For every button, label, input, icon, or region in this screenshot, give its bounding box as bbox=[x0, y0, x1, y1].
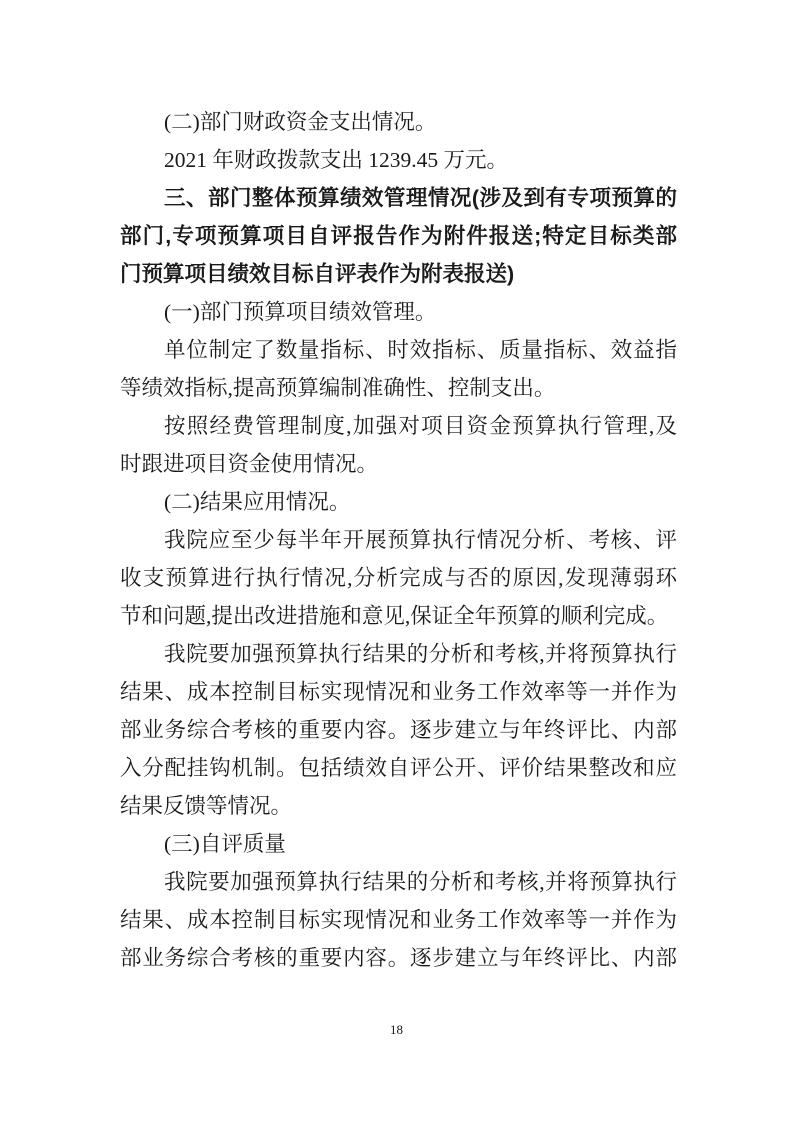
subsection-title-line: (一)部门预算项目绩效管理。 bbox=[120, 293, 677, 331]
body-text-line: 收支预算进行执行情况,分析完成与否的原因,发现薄弱环 bbox=[120, 559, 677, 597]
body-text-line: 部业务综合考核的重要内容。逐步建立与年终评比、内部收 bbox=[120, 939, 677, 977]
body-text-line: 我院应至少每半年开展预算执行情况分析、考核、评价 bbox=[120, 521, 677, 559]
body-text-line: 结果、成本控制目标实现情况和业务工作效率等一并作为内 bbox=[120, 901, 677, 939]
body-text-line: 入分配挂钩机制。包括绩效自评公开、评价结果整改和应用 bbox=[120, 749, 677, 787]
body-text-line: 我院要加强预算执行结果的分析和考核,并将预算执行 bbox=[120, 863, 677, 901]
body-text-line: 时跟进项目资金使用情况。 bbox=[120, 445, 677, 483]
body-text-line: (二)部门财政资金支出情况。 bbox=[120, 103, 677, 141]
body-text-line: 按照经费管理制度,加强对项目资金预算执行管理,及 bbox=[120, 407, 677, 445]
body-text-line: 结果反馈等情况。 bbox=[120, 787, 677, 825]
body-text-line: 我院要加强预算执行结果的分析和考核,并将预算执行 bbox=[120, 635, 677, 673]
body-text-line: 等绩效指标,提高预算编制准确性、控制支出。 bbox=[120, 369, 677, 407]
body-text-line: 结果、成本控制目标实现情况和业务工作效率等一并作为内 bbox=[120, 673, 677, 711]
subsection-title-line: (三)自评质量 bbox=[120, 825, 677, 863]
document-body: (二)部门财政资金支出情况。 2021 年财政拨款支出 1239.45 万元。 … bbox=[120, 103, 677, 977]
section-heading-line: 三、部门整体预算绩效管理情况(涉及到有专项预算的 bbox=[120, 179, 677, 217]
body-text-line: 部业务综合考核的重要内容。逐步建立与年终评比、内部收 bbox=[120, 711, 677, 749]
body-text-line: 单位制定了数量指标、时效指标、质量指标、效益指标 bbox=[120, 331, 677, 369]
section-heading-line: 部门,专项预算项目自评报告作为附件报送;特定目标类部 bbox=[120, 217, 677, 255]
body-text-line: 2021 年财政拨款支出 1239.45 万元。 bbox=[120, 141, 677, 179]
subsection-title-line: (二)结果应用情况。 bbox=[120, 483, 677, 521]
body-text-line: 节和问题,提出改进措施和意见,保证全年预算的顺利完成。 bbox=[120, 597, 677, 635]
section-heading-line: 门预算项目绩效目标自评表作为附表报送) bbox=[120, 255, 677, 293]
page-number: 18 bbox=[0, 1020, 793, 1040]
document-page: (二)部门财政资金支出情况。 2021 年财政拨款支出 1239.45 万元。 … bbox=[0, 0, 793, 1122]
